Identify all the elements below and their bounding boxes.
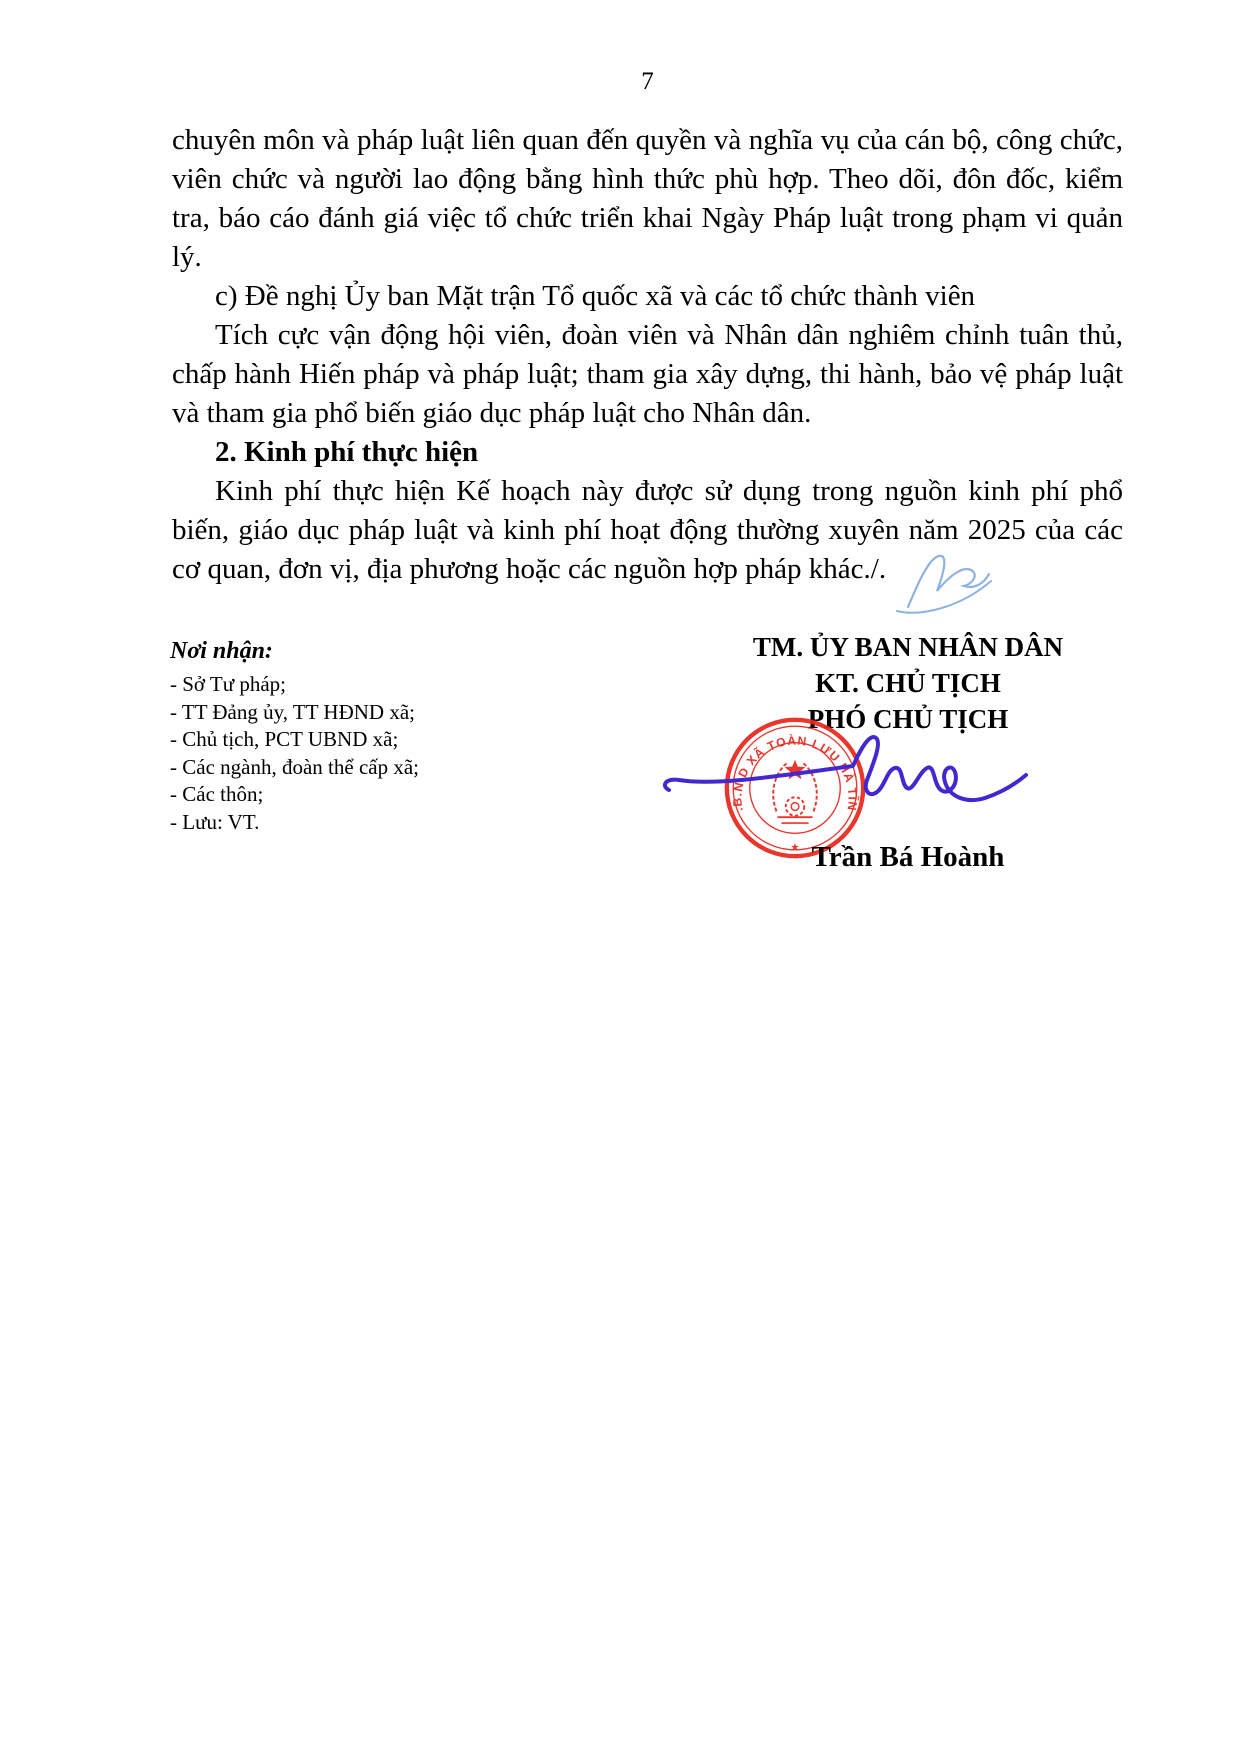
recipient-item: - Các thôn; xyxy=(170,781,600,809)
document-body: chuyên môn và pháp luật liên quan đến qu… xyxy=(172,121,1123,589)
paraph-initial-mark xyxy=(893,545,993,615)
recipient-item: - Lưu: VT. xyxy=(170,809,600,837)
recipient-item: - Sở Tư pháp; xyxy=(170,671,600,699)
paragraph-mobilize: Tích cực vận động hội viên, đoàn viên và… xyxy=(172,316,1123,433)
recipients-block: Nơi nhận: - Sở Tư pháp; - TT Đảng ủy, TT… xyxy=(170,638,600,836)
paragraph-continuation: chuyên môn và pháp luật liên quan đến qu… xyxy=(172,121,1123,277)
recipient-item: - Chủ tịch, PCT UBND xã; xyxy=(170,726,600,754)
recipient-item: - Các ngành, đoàn thể cấp xã; xyxy=(170,754,600,782)
authority-line-1: TM. ỦY BAN NHÂN DÂN xyxy=(700,629,1116,665)
handwritten-signature xyxy=(655,728,1040,823)
document-page: 7 chuyên môn và pháp luật liên quan đến … xyxy=(0,0,1241,1755)
section-heading-funding: 2. Kinh phí thực hiện xyxy=(172,433,1123,472)
signer-name: Trần Bá Hoành xyxy=(700,841,1116,874)
recipient-item: - TT Đảng ủy, TT HĐND xã; xyxy=(170,699,600,727)
authority-line-2: KT. CHỦ TỊCH xyxy=(700,665,1116,701)
paragraph-item-c: c) Đề nghị Ủy ban Mặt trận Tổ quốc xã và… xyxy=(172,277,1123,316)
recipients-label: Nơi nhận: xyxy=(170,638,600,665)
page-number: 7 xyxy=(172,68,1123,96)
